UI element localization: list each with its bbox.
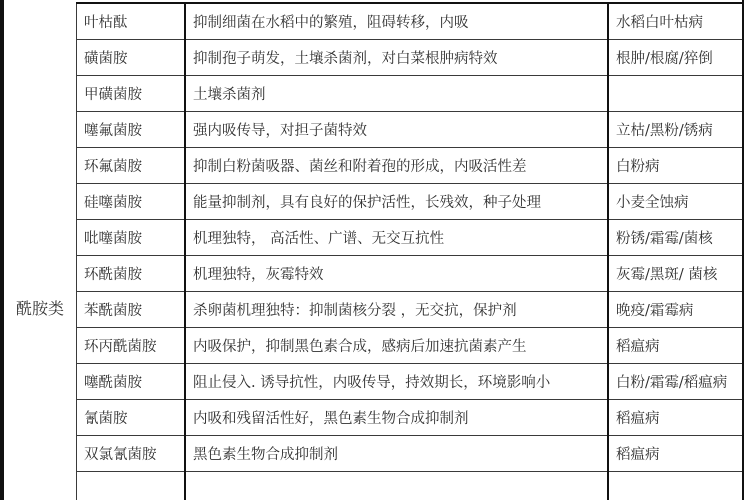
row-disease: 灰霉/黑斑/ 菌核 <box>608 256 745 292</box>
row-description <box>185 472 608 500</box>
row-name: 环酰菌胺 <box>77 256 186 292</box>
table-row: 苯酰菌胺 杀卵菌机理独特：抑制菌核分裂 ，无交抗，保护剂 晚疫/霜霉病 <box>77 292 745 328</box>
row-disease: 稻瘟病 <box>608 400 745 436</box>
row-description: 黑色素生物合成抑制剂 <box>185 436 608 472</box>
row-disease: 水稻白叶枯病 <box>608 3 745 40</box>
fungicide-table: 叶枯酞 抑制细菌在水稻中的繁殖，阻碍转移，内吸 水稻白叶枯病 磺菌胺 抑制孢子萌… <box>76 2 745 500</box>
row-disease: 白粉病 <box>608 148 745 184</box>
table-row: 叶枯酞 抑制细菌在水稻中的繁殖，阻碍转移，内吸 水稻白叶枯病 <box>77 3 745 40</box>
row-name: 氰菌胺 <box>77 400 186 436</box>
row-disease: 稻瘟病 <box>608 436 745 472</box>
category-cell: 酰胺类 <box>4 0 76 500</box>
table-row: 环酰菌胺 机理独特，灰霉特效 灰霉/黑斑/ 菌核 <box>77 256 745 292</box>
table-row-partial <box>77 472 745 500</box>
table-row: 噻酰菌胺 阻止侵入. 诱导抗性，内吸传导，持效期长，环境影响小 白粉/霜霉/稻瘟… <box>77 364 745 400</box>
row-description: 抑制孢子萌发，土壤杀菌剂，对白菜根肿病特效 <box>185 40 608 76</box>
row-description: 内吸和残留活性好，黑色素生物合成抑制剂 <box>185 400 608 436</box>
row-name: 双氯氰菌胺 <box>77 436 186 472</box>
row-disease: 小麦全蚀病 <box>608 184 745 220</box>
table-row: 噻氟菌胺 强内吸传导，对担子菌特效 立枯/黑粉/锈病 <box>77 112 745 148</box>
table-row: 环丙酰菌胺 内吸保护，抑制黑色素合成，感病后加速抗菌素产生 稻瘟病 <box>77 328 745 364</box>
row-disease <box>608 76 745 112</box>
row-description: 机理独特，灰霉特效 <box>185 256 608 292</box>
row-name: 叶枯酞 <box>77 3 186 40</box>
row-disease <box>608 472 745 500</box>
row-name: 硅噻菌胺 <box>77 184 186 220</box>
row-description: 机理独特， 高活性、广谱、无交互抗性 <box>185 220 608 256</box>
row-description: 强内吸传导，对担子菌特效 <box>185 112 608 148</box>
table-row: 氰菌胺 内吸和残留活性好，黑色素生物合成抑制剂 稻瘟病 <box>77 400 745 436</box>
row-name: 甲磺菌胺 <box>77 76 186 112</box>
row-disease: 晚疫/霜霉病 <box>608 292 745 328</box>
row-disease: 立枯/黑粉/锈病 <box>608 112 745 148</box>
row-description: 内吸保护，抑制黑色素合成，感病后加速抗菌素产生 <box>185 328 608 364</box>
row-disease: 稻瘟病 <box>608 328 745 364</box>
row-name: 苯酰菌胺 <box>77 292 186 328</box>
table-row: 双氯氰菌胺 黑色素生物合成抑制剂 稻瘟病 <box>77 436 745 472</box>
row-description: 阻止侵入. 诱导抗性，内吸传导，持效期长，环境影响小 <box>185 364 608 400</box>
right-border-strip <box>742 0 750 500</box>
row-name: 环丙酰菌胺 <box>77 328 186 364</box>
row-description: 杀卵菌机理独特：抑制菌核分裂 ，无交抗，保护剂 <box>185 292 608 328</box>
row-name <box>77 472 186 500</box>
row-disease: 白粉/霜霉/稻瘟病 <box>608 364 745 400</box>
row-description: 抑制细菌在水稻中的繁殖，阻碍转移，内吸 <box>185 3 608 40</box>
row-name: 吡噻菌胺 <box>77 220 186 256</box>
row-name: 磺菌胺 <box>77 40 186 76</box>
category-label: 酰胺类 <box>16 296 64 319</box>
table-row: 硅噻菌胺 能量抑制剂，具有良好的保护活性，长残效，种子处理 小麦全蚀病 <box>77 184 745 220</box>
row-description: 抑制白粉菌吸器、菌丝和附着孢的形成，内吸活性差 <box>185 148 608 184</box>
table-row: 吡噻菌胺 机理独特， 高活性、广谱、无交互抗性 粉锈/霜霉/菌核 <box>77 220 745 256</box>
table-row: 磺菌胺 抑制孢子萌发，土壤杀菌剂，对白菜根肿病特效 根肿/根腐/猝倒 <box>77 40 745 76</box>
row-name: 噻酰菌胺 <box>77 364 186 400</box>
row-description: 土壤杀菌剂 <box>185 76 608 112</box>
row-description: 能量抑制剂，具有良好的保护活性，长残效，种子处理 <box>185 184 608 220</box>
row-name: 噻氟菌胺 <box>77 112 186 148</box>
table-row: 甲磺菌胺 土壤杀菌剂 <box>77 76 745 112</box>
row-disease: 粉锈/霜霉/菌核 <box>608 220 745 256</box>
row-disease: 根肿/根腐/猝倒 <box>608 40 745 76</box>
table-row: 环氟菌胺 抑制白粉菌吸器、菌丝和附着孢的形成，内吸活性差 白粉病 <box>77 148 745 184</box>
row-name: 环氟菌胺 <box>77 148 186 184</box>
